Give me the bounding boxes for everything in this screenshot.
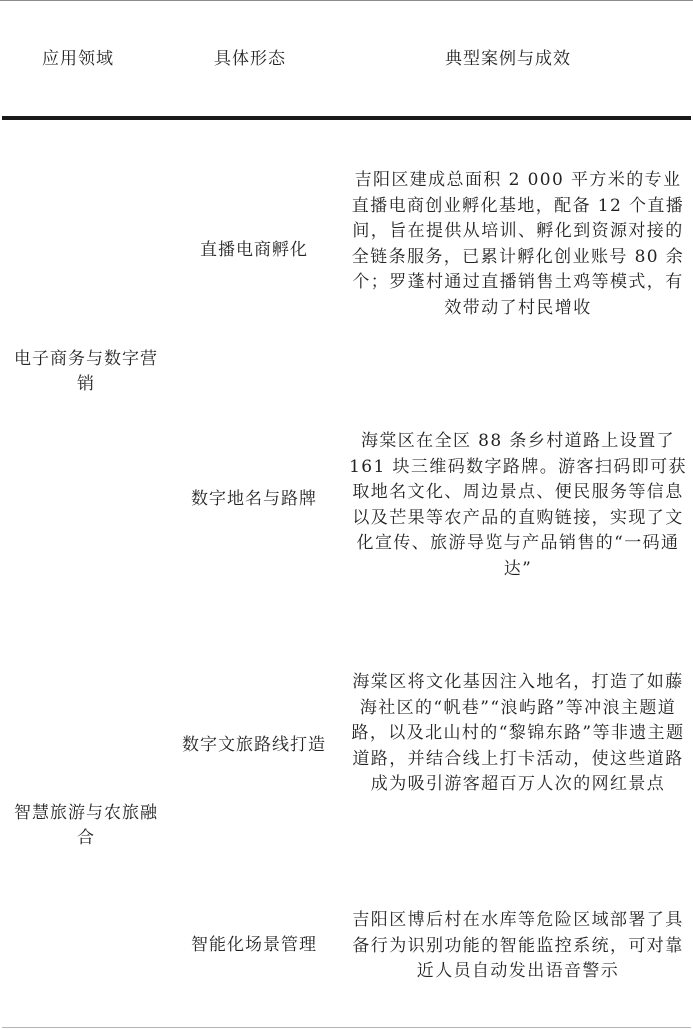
bottom-rule xyxy=(2,1027,691,1028)
case-cell-livestream: 吉阳区建成总面积 2 000 平方米的专业直播电商创业孵化基地，配备 12 个直… xyxy=(348,168,688,321)
domain-cell-smart-tourism: 智慧旅游与农旅融合 xyxy=(6,801,166,851)
header-typical-cases: 典型案例与成效 xyxy=(445,44,571,69)
case-cell-digital-signs: 海棠区在全区 88 条乡村道路上设置了 161 块三维码数字路牌。游客扫码即可获… xyxy=(348,429,688,582)
form-cell-smart-management: 智能化场景管理 xyxy=(170,933,338,958)
header-application-domain: 应用领域 xyxy=(42,44,114,69)
form-cell-tour-routes: 数字文旅路线打造 xyxy=(170,733,338,758)
top-rule xyxy=(0,0,693,1)
header-rule xyxy=(2,116,691,120)
form-cell-digital-signs: 数字地名与路牌 xyxy=(170,487,338,512)
case-cell-tour-routes: 海棠区将文化基因注入地名，打造了如藤海社区的“帆巷”“浪屿路”等冲浪主题道路，以… xyxy=(348,670,688,798)
form-cell-livestream: 直播电商孵化 xyxy=(170,238,338,263)
header-specific-form: 具体形态 xyxy=(214,44,286,69)
domain-cell-ecommerce: 电子商务与数字营销 xyxy=(6,347,166,397)
case-cell-smart-management: 吉阳区博后村在水库等危险区域部署了具备行为识别功能的智能监控系统，可对靠近人员自… xyxy=(348,908,688,985)
